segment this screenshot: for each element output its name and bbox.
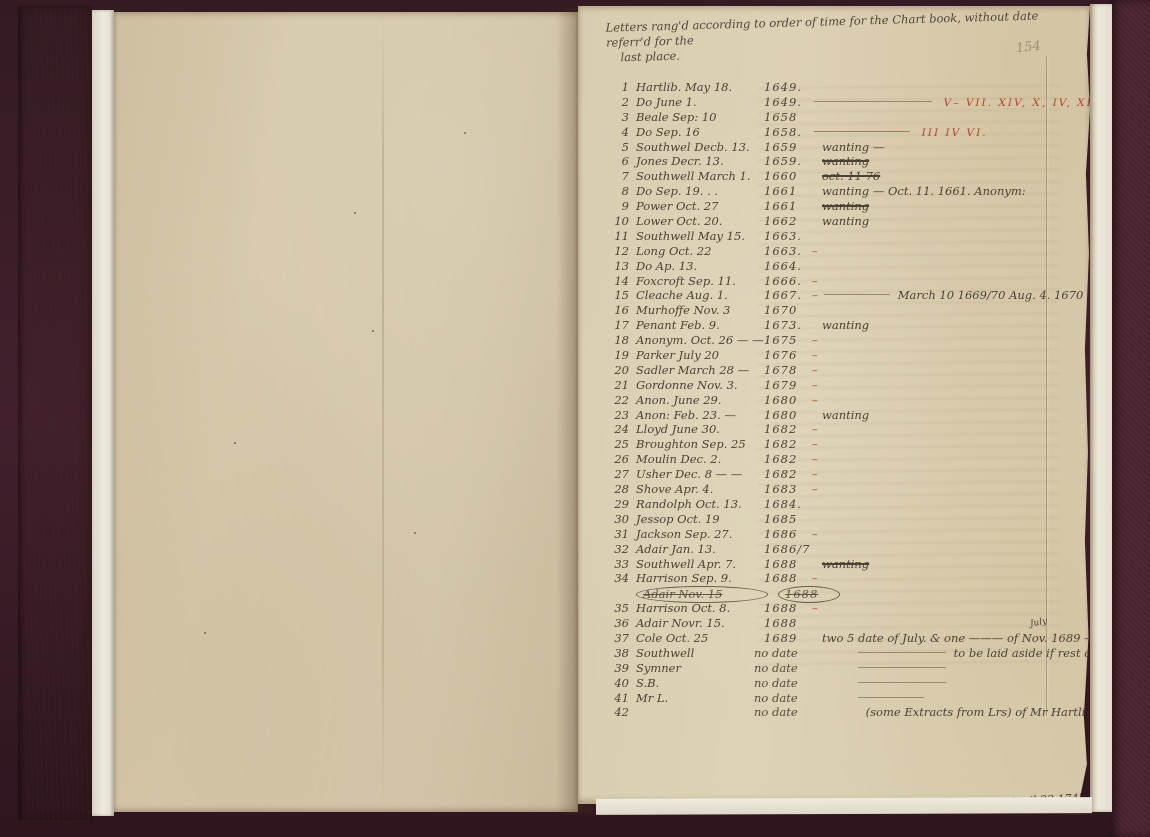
entry-year: 1661 [764,199,812,214]
entry-number: 2 [612,95,629,110]
page-edge-strip-left [92,10,114,816]
ledger-row: 23Anon: Feb. 23. —1680wanting [612,408,1086,423]
entry-name-date: Symner [636,661,754,676]
ledger-row: 3Beale Sep: 101658 [612,110,1086,125]
entry-year: 1678 [764,363,812,378]
entry-number: 40 [612,676,629,691]
ledger-row: 34Harrison Sep. 9.1688– [612,571,1086,586]
entry-number: 4 [612,125,629,140]
entry-name-date: Mr L. [636,691,754,706]
entry-year: 1686/7 [764,542,812,557]
paper-speck [372,330,374,332]
ink-rule-line [858,652,946,653]
red-dash-mark: – [812,348,818,362]
red-dash-mark: – [812,288,818,302]
entry-year: 1684. [764,497,812,512]
entry-number: 8 [612,184,629,199]
entry-name-date: Harrison Oct. 8. [636,601,754,616]
entry-name-date: Adair Jan. 13. [636,542,754,557]
entry-number: 38 [612,646,629,661]
entry-no-date: no date [754,661,798,676]
red-dash-mark: – [812,482,818,496]
entry-note: wanting — Oct. 11. 1661. Anonym: [822,184,1026,198]
ledger-row: 18Anonym. Oct. 26 — —1675– [612,333,1086,348]
ledger-row: 42no date(some Extracts from Lrs) of Mr … [612,705,1086,720]
entry-year: 1660 [764,169,812,184]
ledger-row: 35Harrison Oct. 8.1688– [612,601,1086,616]
paper-speck [354,212,356,214]
entry-year: 1685 [764,512,812,527]
entry-number: 29 [612,497,629,512]
footer-line [564,730,1100,737]
ledger-row: 36Adair Novr. 15.1688 [612,616,1086,631]
footer-line [564,730,1100,737]
ledger-row: 14Foxcroft Sep. 11.1666.– [612,274,1086,289]
entry-name-date: Penant Feb. 9. [636,318,754,333]
entry-number: 12 [612,244,629,259]
entry-year: 1682 [764,437,812,452]
entry-name-date: Do June 1. [636,95,754,110]
page-edge-strip-right [1090,4,1112,812]
folio-number: 154 [1015,39,1041,57]
entry-number: 21 [612,378,629,393]
entry-year: 1662 [764,214,812,229]
letter-catalogue-list: 1Hartlib. May 18.1649. 2Do June 1.1649. … [612,80,1086,720]
entry-year: 1682 [764,467,812,482]
entry-year: 1679 [764,378,812,393]
ledger-row: 32Adair Jan. 13.1686/7 [612,542,1086,557]
book-photograph: Letters rang'd according to order of tim… [0,0,1150,837]
entry-note: oct. 11 76 [822,169,880,183]
entry-year: 1680 [764,408,812,423]
red-dash-mark: – [812,437,818,451]
fold-crease [382,12,384,812]
entry-number: 15 [612,288,629,303]
ledger-row: 15Cleache Aug. 1.1667.–March 10 1669/70 … [612,288,1086,303]
red-dash-mark: – [812,378,818,392]
red-dash-mark: – [812,244,818,258]
entry-name-date: Shove Apr. 4. [636,482,754,497]
entry-number: 32 [612,542,629,557]
ledger-row: 7Southwell March 1.1660oct. 11 76 [612,169,1086,184]
entry-name-date: Moulin Dec. 2. [636,452,754,467]
entry-name-date: Randolph Oct. 13. [636,497,754,512]
red-dash-mark: – [812,527,818,541]
ledger-row: 24Lloyd June 30.1682– [612,422,1086,437]
entry-number: 16 [612,303,629,318]
ledger-row: 31Jackson Sep. 27.1686– [612,527,1086,542]
entry-name-date: Cleache Aug. 1. [636,288,754,303]
entry-year: 1675 [764,333,812,348]
entry-year: 1658 [764,110,812,125]
entry-name-date: Murhoffe Nov. 3 [636,303,754,318]
ledger-row: 1Hartlib. May 18.1649. [612,80,1086,95]
ledger-row: Adair Nov. 151688 [612,586,1086,601]
entry-year: 1649. [764,80,812,95]
entry-number: 7 [612,169,629,184]
entry-note: wanting [822,557,869,571]
entry-note: wanting [822,214,869,228]
entry-year: 1663. [764,229,812,244]
footer-line [564,730,1100,737]
entry-number: 9 [612,199,629,214]
entry-name-date: Lloyd June 30. [636,422,754,437]
entry-year: 1676 [764,348,812,363]
ledger-row: 30Jessop Oct. 191685 [612,512,1086,527]
ink-rule-line [858,667,946,668]
red-dash-mark: – [812,571,818,585]
entry-name-date: Jones Decr. 13. [636,154,754,169]
entry-note: wanting [822,408,869,422]
entry-number: 42 [612,705,629,720]
entry-year: 1661 [764,184,812,199]
entry-number: 30 [612,512,629,527]
red-dash-mark: – [812,422,818,436]
ledger-row: 20Sadler March 28 —1678– [612,363,1086,378]
ledger-row: 5Southwel Decb. 13.1659wanting — [612,140,1086,155]
entry-name-date: Southwell [636,646,754,661]
entry-number: 11 [612,229,629,244]
entry-no-date: no date [754,705,798,720]
entry-number: 17 [612,318,629,333]
entry-name-date: Gordonne Nov. 3. [636,378,754,393]
entry-number: 22 [612,393,629,408]
ledger-row: 16Murhoffe Nov. 31670 [612,303,1086,318]
entry-number: 13 [612,259,629,274]
entry-name-date: Broughton Sep. 25 [636,437,754,452]
ledger-row: 10Lower Oct. 20.1662wanting [612,214,1086,229]
entry-name-date: Sadler March 28 — [636,363,754,378]
entry-year: 1673. [764,318,812,333]
entry-number: 37 [612,631,629,646]
entry-number: 24 [612,422,629,437]
entry-year: 1686 [764,527,812,542]
entry-name-date: Beale Sep: 10 [636,110,754,125]
footer-line [564,730,1100,737]
entry-number: 23 [612,408,629,423]
ink-rule-line [858,682,946,683]
page-fore-edge-left [18,6,92,820]
red-dash-mark: – [812,601,818,615]
entry-year: 1659 [764,140,812,155]
entry-number: 39 [612,661,629,676]
entry-year: 1680 [764,393,812,408]
entry-note: wanting [822,154,869,168]
entry-year: 1659. [764,154,812,169]
ledger-row: 8Do Sep. 19. . .1661wanting — Oct. 11. 1… [612,184,1086,199]
entry-number: 26 [612,452,629,467]
ledger-row: 11Southwell May 15.1663. [612,229,1086,244]
red-dash-mark: – [812,393,818,407]
entry-no-date: no date [754,676,798,691]
paper-speck [464,132,466,134]
ledger-row: 9Power Oct. 271661wanting [612,199,1086,214]
ledger-row: 13Do Ap. 13.1664. [612,259,1086,274]
entry-year: 1649. [764,95,812,110]
entry-number: 18 [612,333,629,348]
entry-number: 28 [612,482,629,497]
entry-year: 1682 [764,452,812,467]
entry-name-date: Adair Novr. 15. [636,616,754,631]
right-page-manuscript: Letters rang'd according to order of tim… [578,6,1090,804]
archivist-footer-note [564,730,1100,737]
entry-year: 1658. [764,125,812,140]
entry-number: 25 [612,437,629,452]
paper-speck [414,532,416,534]
entry-name-date: Southwell May 15. [636,229,754,244]
entry-name-date: Southwell Apr. 7. [636,557,754,572]
entry-name-date: Foxcroft Sep. 11. [636,274,754,289]
ledger-row: 39Symnerno date [612,661,1086,676]
entry-year: 1682 [764,422,812,437]
ledger-row: 2Do June 1.1649. V– VII. XIV, X, IV, XII… [612,95,1086,110]
entry-year: 1688 [764,557,812,572]
paper-speck [204,632,206,634]
book-cover-right [1110,0,1150,837]
entry-number: 20 [612,363,629,378]
ledger-row: 12Long Oct. 221663.– [612,244,1086,259]
entry-number: 1 [612,80,629,95]
entry-name-date: Do Sep. 19. . . [636,184,754,199]
footer-line [564,730,1100,737]
ledger-row: 21Gordonne Nov. 3.1679– [612,378,1086,393]
ledger-row: 27Usher Dec. 8 — —1682– [612,467,1086,482]
entry-number: 33 [612,557,629,572]
entry-number: 34 [612,571,629,586]
red-dash-mark: – [812,452,818,466]
entry-number: 6 [612,154,629,169]
ledger-row: 40S.B.no date [612,676,1086,691]
ledger-row: 26Moulin Dec. 2.1682– [612,452,1086,467]
entry-number: 41 [612,691,629,706]
red-dash-mark: – [812,467,818,481]
entry-name-date: Usher Dec. 8 — — [636,467,754,482]
entry-name-date: Harrison Sep. 9. [636,571,754,586]
ink-rule-line [814,131,910,132]
entry-name-date: Parker July 20 [636,348,754,363]
entry-year: 1688 [764,601,812,616]
entry-number: 31 [612,527,629,542]
ledger-row: 17Penant Feb. 9.1673.wanting [612,318,1086,333]
left-page-blank [114,12,578,812]
entry-no-date: no date [754,646,798,661]
ledger-row: 38Southwellno dateto be laid aside if re… [612,646,1086,661]
red-roman-numerals: III IV VI. [922,127,988,139]
ledger-row: 33Southwell Apr. 7.1688wanting [612,557,1086,572]
entry-note: two 5 date of July. & one ——— of Nov. 16… [822,631,1114,645]
entry-name-date: Power Oct. 27 [636,199,754,214]
ink-rule-line [824,294,890,295]
entry-year: 1667. [764,288,812,303]
entry-number: 19 [612,348,629,363]
entry-name-date: Southwell March 1. [636,169,754,184]
entry-number: 27 [612,467,629,482]
entry-name-date: Jackson Sep. 27. [636,527,754,542]
underlying-page-edge [596,797,1092,815]
entry-year: 1663. [764,244,812,259]
entry-number: 10 [612,214,629,229]
ledger-row: 6Jones Decr. 13.1659.wanting [612,154,1086,169]
ledger-row: 41Mr L.no date [612,691,1086,706]
entry-year: 1689 [764,631,812,646]
footer-line [564,730,1100,737]
entry-note: wanting — [822,140,884,154]
entry-name-date: Anon. June 29. [636,393,754,408]
entry-name-date: S.B. [636,676,754,691]
entry-no-date: no date [754,691,798,706]
red-dash-mark: – [812,363,818,377]
entry-year: 1688 [764,571,812,586]
entry-year: 1664. [764,259,812,274]
ink-rule-line [858,697,924,698]
entry-number: 3 [612,110,629,125]
entry-year: 1683 [764,482,812,497]
entry-note: wanting [822,199,869,213]
entry-name-date: Anon: Feb. 23. — [636,408,754,423]
red-dash-mark: – [812,274,818,288]
page-heading: Letters rang'd according to order of tim… [605,7,1084,65]
entry-number: 5 [612,140,629,155]
ledger-row: 4Do Sep. 161658. III IV VI. [612,125,1086,140]
paper-speck [234,442,236,444]
entry-name-date: Southwel Decb. 13. [636,140,754,155]
entry-name-date: Long Oct. 22 [636,244,754,259]
footer-line [564,730,1100,737]
red-dash-mark: – [812,333,818,347]
entry-note: wanting [822,318,869,332]
entry-name-date: Do Sep. 16 [636,125,754,140]
entry-number: 14 [612,274,629,289]
ledger-row: 37Cole Oct. 251689two 5 date of July. & … [612,631,1086,646]
entry-year: 1666. [764,274,812,289]
ledger-row: 29Randolph Oct. 13.1684. [612,497,1086,512]
entry-name-date: Anonym. Oct. 26 — — [636,333,754,348]
ledger-row: 22Anon. June 29.1680– [612,393,1086,408]
entry-number: 35 [612,601,629,616]
ledger-row: 25Broughton Sep. 251682– [612,437,1086,452]
entry-name-date: Jessop Oct. 19 [636,512,754,527]
entry-number: 36 [612,616,629,631]
ink-rule-line [814,101,932,102]
entry-name-date: Hartlib. May 18. [636,80,754,95]
entry-name-date: Lower Oct. 20. [636,214,754,229]
entry-year: 1688 [764,616,812,631]
ledger-row: 19Parker July 201676– [612,348,1086,363]
entry-name-date: Do Ap. 13. [636,259,754,274]
entry-year: 1670 [764,303,812,318]
entry-name-date: Cole Oct. 25 [636,631,754,646]
ledger-row: 28Shove Apr. 4.1683– [612,482,1086,497]
